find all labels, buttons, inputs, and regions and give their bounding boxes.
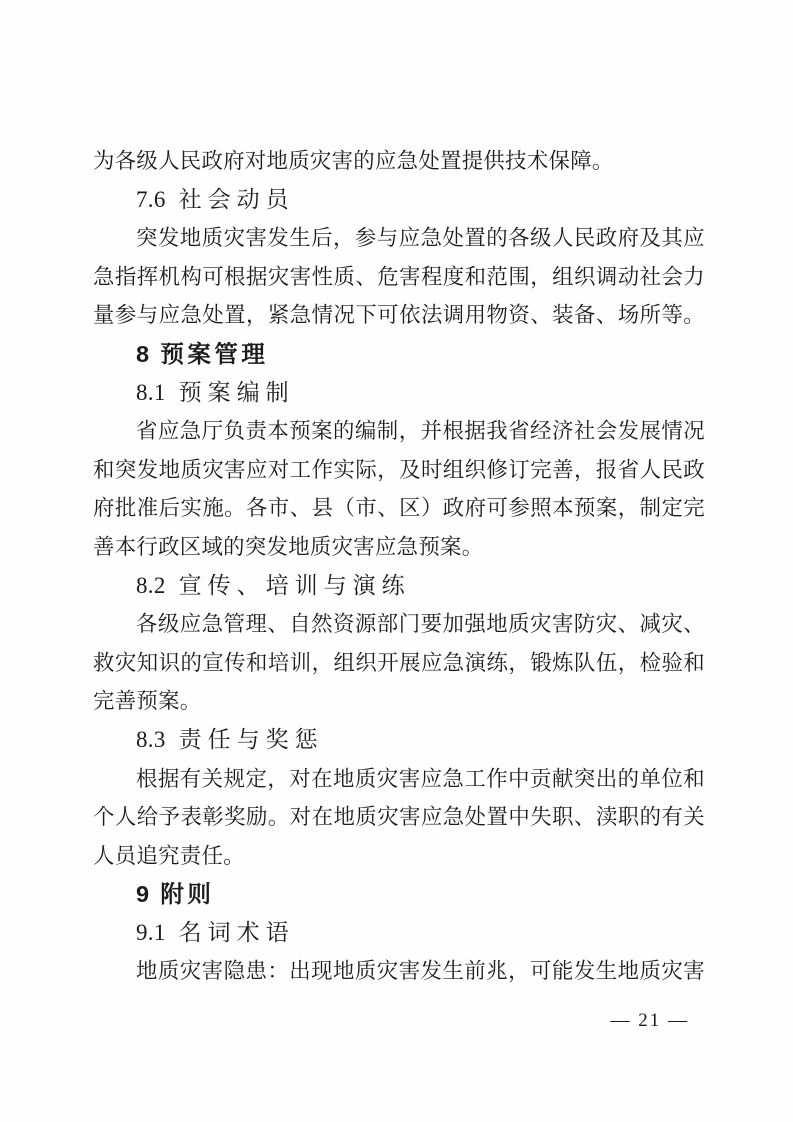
heading-title: 名词术语 — [179, 920, 295, 945]
heading-9-supplementary: 9附则 — [93, 875, 705, 914]
heading-title: 预案管理 — [160, 341, 268, 367]
heading-number: 7.6 — [136, 187, 166, 212]
text-block: 为各级人民政府对地质灾害的应急处置提供技术保障。 7.6社会动员 突发地质灾害发… — [93, 142, 705, 991]
heading-number: 8 — [136, 341, 149, 367]
body-line: 量参与应急处置，紧急情况下可依法调用物资、装备、场所等。 — [93, 296, 705, 335]
paragraph-continuation-line: 为各级人民政府对地质灾害的应急处置提供技术保障。 — [93, 142, 705, 181]
body-line: 人员追究责任。 — [93, 837, 705, 876]
heading-8-2-publicity-training-drills: 8.2宣传、培训与演练 — [93, 567, 705, 606]
heading-number: 9.1 — [136, 920, 166, 945]
heading-7-6-social-mobilization: 7.6社会动员 — [93, 181, 705, 220]
document-page: 为各级人民政府对地质灾害的应急处置提供技术保障。 7.6社会动员 突发地质灾害发… — [0, 0, 793, 1122]
heading-title: 社会动员 — [179, 187, 295, 212]
body-line: 各级应急管理、自然资源部门要加强地质灾害防灾、减灾、 — [93, 605, 705, 644]
heading-title: 附则 — [160, 881, 214, 907]
body-line: 完善预案。 — [93, 682, 705, 721]
body-line: 个人给予表彰奖励。对在地质灾害应急处置中失职、渎职的有关 — [93, 798, 705, 837]
heading-8-3-responsibility-rewards: 8.3责任与奖惩 — [93, 721, 705, 760]
page-number: — 21 — — [611, 1002, 690, 1040]
heading-8-plan-management: 8预案管理 — [93, 335, 705, 374]
body-line: 急指挥机构可根据灾害性质、危害程度和范围，组织调动社会力 — [93, 258, 705, 297]
heading-number: 8.1 — [136, 380, 166, 405]
body-line: 突发地质灾害发生后，参与应急处置的各级人民政府及其应 — [93, 219, 705, 258]
body-line: 根据有关规定，对在地质灾害应急工作中贡献突出的单位和 — [93, 760, 705, 799]
body-line: 府批准后实施。各市、县（市、区）政府可参照本预案，制定完 — [93, 489, 705, 528]
body-line: 和突发地质灾害应对工作实际，及时组织修订完善，报省人民政 — [93, 451, 705, 490]
heading-number: 8.2 — [136, 573, 166, 598]
body-line: 善本行政区域的突发地质灾害应急预案。 — [93, 528, 705, 567]
heading-number: 9 — [136, 881, 149, 907]
heading-title: 预案编制 — [179, 380, 295, 405]
body-line: 省应急厅负责本预案的编制，并根据我省经济社会发展情况 — [93, 412, 705, 451]
body-line: 救灾知识的宣传和培训，组织开展应急演练，锻炼队伍，检验和 — [93, 644, 705, 683]
heading-title: 责任与奖惩 — [179, 727, 324, 752]
heading-number: 8.3 — [136, 727, 166, 752]
heading-title: 宣传、培训与演练 — [179, 573, 411, 598]
heading-8-1-plan-compilation: 8.1预案编制 — [93, 374, 705, 413]
body-line: 地质灾害隐患：出现地质灾害发生前兆，可能发生地质灾害 — [93, 952, 705, 991]
heading-9-1-terminology: 9.1名词术语 — [93, 914, 705, 953]
